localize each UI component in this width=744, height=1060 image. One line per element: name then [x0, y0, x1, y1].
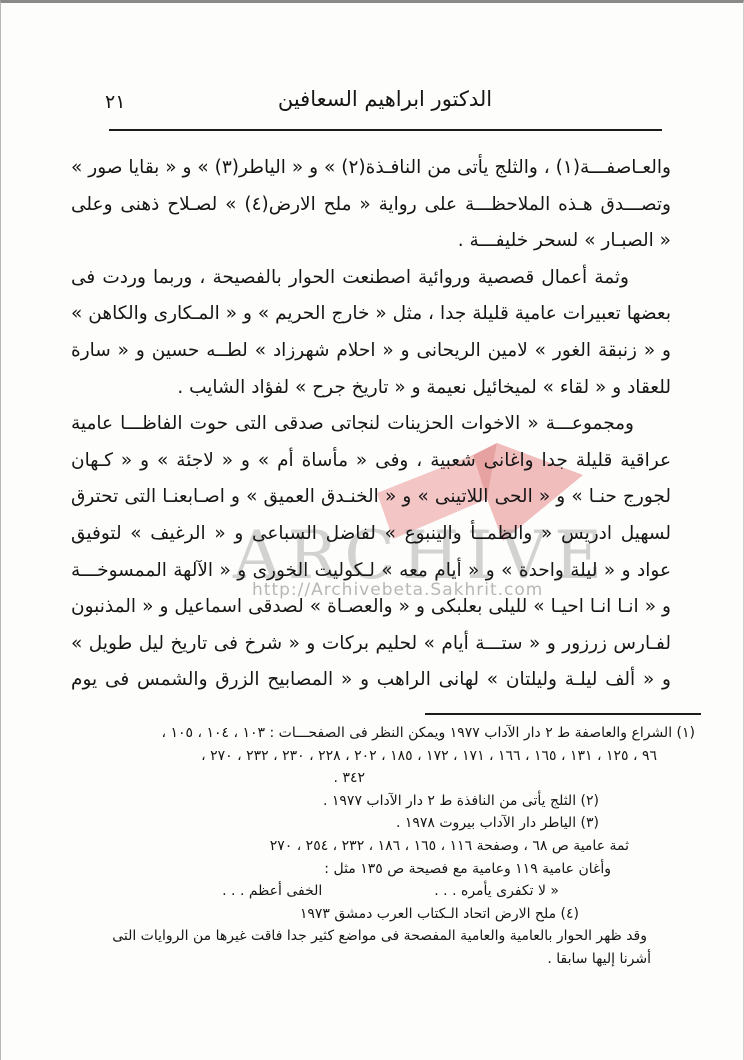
footnote-divider [425, 713, 701, 715]
body-line: بعضها تعبيرات عامية قليلة جدا ، مثل « خا… [71, 296, 671, 333]
body-line: و « زنبقة الغور » لامين الريحانى و « احل… [71, 333, 671, 370]
footnotes: (١) الشراع والعاصفة ط ٢ دار الآداب ١٩٧٧ … [71, 722, 695, 971]
footnote-line: (٢) الثلج يأتى من النافذة ط ٢ دار الآداب… [71, 790, 695, 813]
body-line: عواد و « ليلة واحدة » و « أيام معه » لـك… [71, 553, 671, 590]
body-line: عراقية قليلة جدا واغانى شعبية ، وفى « مأ… [71, 443, 671, 480]
body-line: وثمة أعمال قصصية وروائية اصطنعت الحوار ب… [71, 260, 671, 297]
footnote-line: ثمة عامية ص ٦٨ ، وصفحة ١١٦ ، ١٦٥ ، ١٨٦ ،… [71, 835, 695, 858]
body-line: « الصبـار » لسحر خليفـــة . [71, 223, 671, 260]
body-line: و « انـا انـا احيـا » لليلى بعلبكى و « و… [71, 589, 671, 626]
footnote-quote-line: « لا تكفرى يأمره . . .الخفى أعظم . . . [71, 880, 695, 903]
footnote-line: وأغان عامية ١١٩ وعامية مع فصيحة ص ١٣٥ مث… [71, 858, 695, 881]
footnote-quote-right: « لا تكفرى يأمره . . . [434, 883, 559, 899]
footnote-line: وقد ظهر الحوار بالعامية والعامية المفصحة… [71, 925, 695, 948]
footnote-line: ٩٦ ، ١٢٥ ، ١٣١ ، ١٦٥ ، ١٦٦ ، ١٧١ ، ١٧٢ ،… [71, 745, 695, 768]
footnote-line: (٤) ملح الارض اتحاد الـكتاب العرب دمشق ١… [71, 903, 695, 926]
body-line: ومجموعـــة « الاخوات الحزينات لنجاتى صدق… [71, 406, 671, 443]
body-line: وتصـــدق هـذه الملاحظـــة على رواية « مل… [71, 187, 671, 224]
body-line: لفـارس زرزور و « ستـــة أيام » لحليم برك… [71, 626, 671, 663]
scanned-book-page: ARCHIVE http://Archivebeta.Sakhrit.com ٢… [0, 0, 744, 1060]
body-text: والعـاصفـــة(١) ، والثلج يأتى من النافـذ… [71, 150, 671, 699]
body-line: والعـاصفـــة(١) ، والثلج يأتى من النافـذ… [71, 150, 671, 187]
header-divider [109, 129, 662, 131]
footnote-line: (١) الشراع والعاصفة ط ٢ دار الآداب ١٩٧٧ … [71, 722, 695, 745]
footnote-line: ٣٤٢ . [71, 767, 695, 790]
body-line: لجورج حنـا » و « الحى اللاتينى » و « الخ… [71, 479, 671, 516]
body-line: و « ألف ليلـة وليلتان » لهانى الراهب و «… [71, 662, 671, 699]
page-title: الدكتور ابراهيم السعافين [1, 87, 743, 111]
footnote-line: أشرنا إليها سابقا . [71, 948, 695, 971]
footnote-quote-left: الخفى أعظم . . . [222, 883, 322, 899]
body-line: لسهيل ادريس « والظمــأ والينبوع » لفاضل … [71, 516, 671, 553]
footnote-line: (٣) الياطر دار الآداب بيروت ١٩٧٨ . [71, 812, 695, 835]
body-line: للعقاد و « لقاء » لميخائيل نعيمة و « تار… [71, 370, 671, 407]
